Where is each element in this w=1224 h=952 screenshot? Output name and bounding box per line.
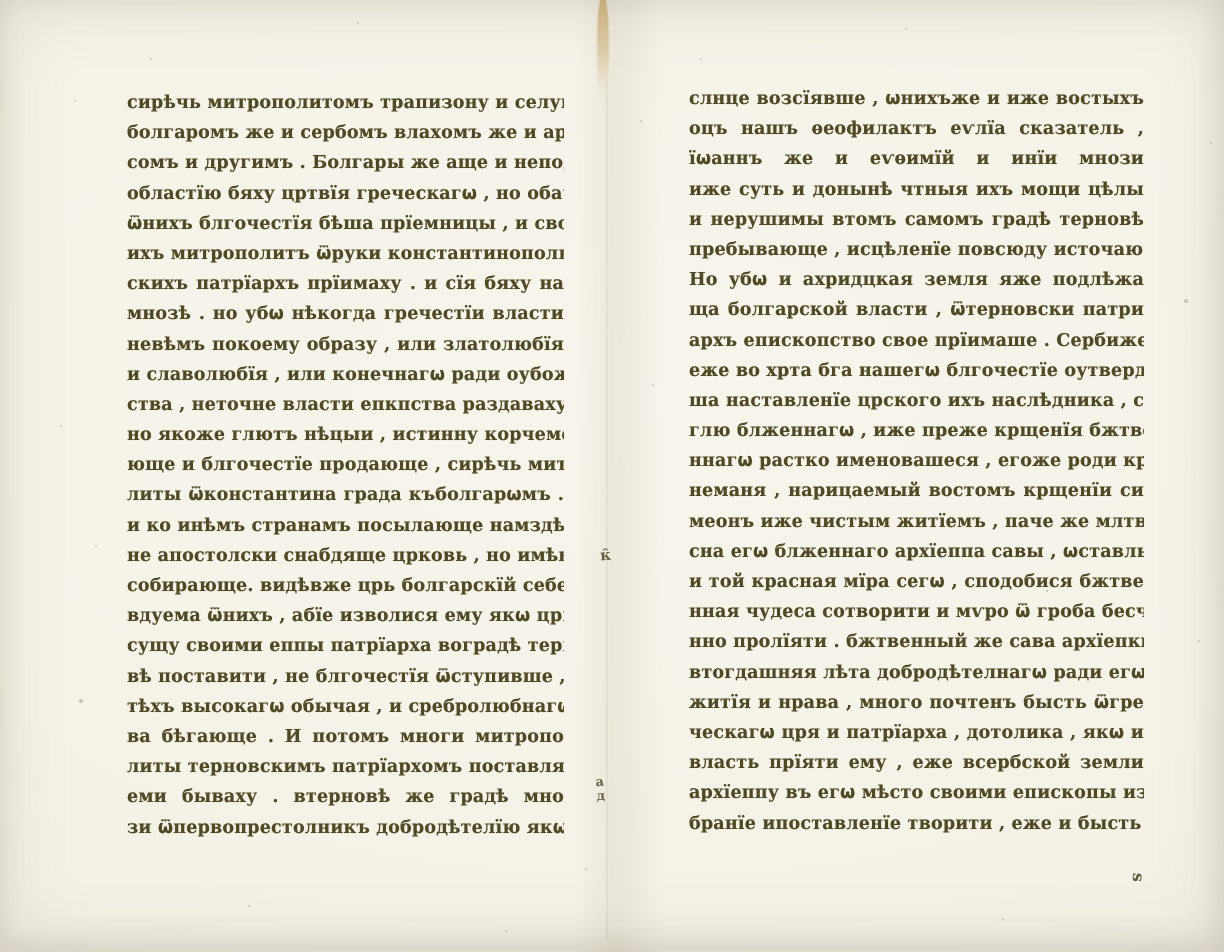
text-line: скихъ патрїархъ прїимаху . и сїя бяху на bbox=[127, 269, 564, 299]
text-line: архїеппу въ егѡ мѣсто своими епископы из bbox=[689, 778, 1144, 808]
text-line: литы ѿконстантина града къболгарѡмъ . bbox=[127, 480, 564, 510]
text-line: меонъ иже чистым житїемъ , паче же млтво… bbox=[689, 507, 1144, 537]
text-line: литы терновскимъ патрїархомъ поставля bbox=[127, 752, 564, 782]
text-line: їѡаннъ же и еѵѳимїй и инїи мнози bbox=[689, 144, 1144, 174]
text-line: собирающе. видѣвже црь болгарскїй себе н… bbox=[127, 571, 564, 601]
text-line: сомъ и другимъ . Болгары же аще и неподъ bbox=[127, 148, 564, 178]
text-line: зи ѿпервопрестолникъ добродѣтелїю якѡ bbox=[127, 813, 564, 843]
text-line: и славолюбїя , или конечнагѡ ради оубоже bbox=[127, 360, 564, 390]
text-line: Но убѡ и ахридцкая земля яже подлѣжа bbox=[689, 265, 1144, 295]
gutter-mark-lower-glyph: д bbox=[596, 790, 606, 805]
binding-gutter-shade bbox=[575, 0, 665, 952]
text-line: ща болгарской власти , ѿтерновски патри bbox=[689, 295, 1144, 325]
text-line: глю блженнагѡ , иже преже крщенїя бжтве bbox=[689, 416, 1144, 446]
binding-top-stain bbox=[597, 0, 609, 98]
text-line: но якоже глютъ нѣцыи , истинну корчемств… bbox=[127, 420, 564, 450]
text-line: и нерушимы втомъ самомъ градѣ терновѣ bbox=[689, 205, 1144, 235]
text-line: ческагѡ цря и патрїарха , дотолика , якѡ… bbox=[689, 718, 1144, 748]
text-line: житїя и нрава , много почтенъ бысть ѿгре bbox=[689, 688, 1144, 718]
right-page-text: слнце возсїявше , ѡнихъже и иже востыхъо… bbox=[689, 84, 1144, 839]
text-line: еже во хрта бга нашегѡ блгочестїе оутвер… bbox=[689, 356, 1144, 386]
gutter-catchword-mark: а д bbox=[595, 776, 606, 805]
text-line: вдуема ѿнихъ , абїе изволися ему якѡ црю bbox=[127, 601, 564, 631]
text-line: ша наставленїе црского ихъ наслѣдника , … bbox=[689, 386, 1144, 416]
text-line: и той красная мїра сегѡ , сподобися бжтв… bbox=[689, 567, 1144, 597]
text-line: слнце возсїявше , ѡнихъже и иже востыхъ bbox=[689, 84, 1144, 114]
left-page-text: сирѣчь митрополитомъ трапизону и селунюб… bbox=[127, 88, 564, 843]
text-line: пребывающе , исцѣленїе повсюду источаю . bbox=[689, 235, 1144, 265]
text-line: архъ епископство свое прїимаше . Сербиже bbox=[689, 326, 1144, 356]
text-line: сна егѡ блженнаго архїеппа савы , ѡставл… bbox=[689, 537, 1144, 567]
text-line: ства , неточне власти епкпства раздаваху… bbox=[127, 390, 564, 420]
text-line: тѣхъ высокагѡ обычая , и сребролюбнагѡ н… bbox=[127, 692, 564, 722]
text-line: еми бываху . втерновѣ же градѣ мно bbox=[127, 782, 564, 812]
text-line: неманя , нарицаемый востомъ крщенїи си bbox=[689, 476, 1144, 506]
text-line: мнозѣ . но убѡ нѣкогда гречестїи власти bbox=[127, 299, 564, 329]
text-line: и ко инѣмъ странамъ посылающе намздѣ , bbox=[127, 511, 564, 541]
signature-mark: ѕ bbox=[1129, 873, 1148, 883]
text-line: ихъ митрополитъ ѿруки константинополь bbox=[127, 239, 564, 269]
text-line: болгаромъ же и сербомъ влахомъ же и арба… bbox=[127, 118, 564, 148]
text-line: сущу своими еппы патрїарха воградѣ терно bbox=[127, 631, 564, 661]
text-line: не апостолски снабдяще црковь , но имѣнї… bbox=[127, 541, 564, 571]
text-line: нно пролїяти . бжтвенный же сава архїепк… bbox=[689, 627, 1144, 657]
text-line: сирѣчь митрополитомъ трапизону и селуню bbox=[127, 88, 564, 118]
text-line: втогдашняя лѣта добродѣтелнагѡ ради егѡ bbox=[689, 658, 1144, 688]
text-line: ннагѡ растко именовашеся , егоже роди кр… bbox=[689, 446, 1144, 476]
text-line: нная чудеса сотворити и мѵро ѿ гроба бес… bbox=[689, 597, 1144, 627]
text-line: областїю бяху цртвїя греческагѡ , но оба… bbox=[127, 179, 564, 209]
gutter-quire-mark: к̑ bbox=[599, 546, 611, 565]
text-line: ва бѣгающе . И потомъ многи митропо bbox=[127, 722, 564, 752]
text-line: бранїе ипоставленїе творити , еже и быст… bbox=[689, 809, 1144, 839]
text-line: ѿнихъ блгочестїя бѣша прїемницы , и сво bbox=[127, 209, 564, 239]
text-line: невѣмъ покоему образу , или златолюбїя bbox=[127, 330, 564, 360]
paper-speckles bbox=[0, 0, 2, 2]
book-spread-scan: сирѣчь митрополитомъ трапизону и селунюб… bbox=[0, 0, 1224, 952]
text-line: вѣ поставити , не блгочестїя ѿступивше ,… bbox=[127, 662, 564, 692]
text-line: оцъ нашъ ѳеофилактъ еѵлїа сказатель , bbox=[689, 114, 1144, 144]
binding-crease-line bbox=[606, 80, 608, 940]
text-line: власть прїяти ему , еже всербской земли bbox=[689, 748, 1144, 778]
text-line: иже суть и донынѣ чтныя ихъ мощи цѣлы bbox=[689, 175, 1144, 205]
text-line: юще и блгочестїе продающе , сирѣчь митро… bbox=[127, 450, 564, 480]
